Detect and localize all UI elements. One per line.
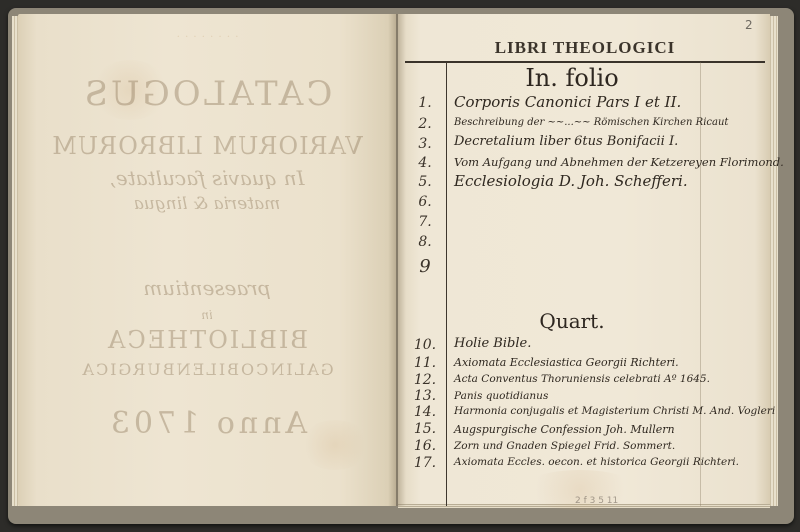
entry-text: Axiomata Ecclesiastica Georgii Richteri. [454,356,679,369]
bleed-line: GALINCOBILENBURGICA [18,360,396,379]
right-page-edges [770,16,778,506]
entry-number: 14. [410,404,440,420]
entry-number: 2. [410,116,440,132]
entry-text: Augspurgische Confession Joh. Mullern [454,423,675,436]
bleed-line: praesentium [18,276,396,300]
entry-text: Harmonia conjugalis et Magisterium Chris… [454,405,775,417]
entry-number: 6. [410,194,440,210]
entry-number: 17. [410,455,440,471]
entry-number: 8. [410,234,440,250]
entry-number: 11. [410,355,440,371]
entry-number: 9 [410,256,440,277]
entry-number: 12. [410,372,440,388]
entry-text: Zorn und Gnaden Spiegel Frid. Sommert. [454,440,675,452]
entry-number: 13. [410,388,440,404]
title-page-bleed-through: · · · · · · · · CATALOGUS VARIORUM LIBRO… [18,14,396,506]
entry-text: Decretalium liber 6tus Bonifacii I. [454,134,678,149]
bleed-line-catalogus: CATALOGUS [18,74,396,114]
entry-text: Panis quotidianus [454,390,548,402]
entry-number: 10. [410,337,440,353]
section-heading-quart: Quart. [447,309,697,333]
bleed-line-year: Anno 1703 [18,406,396,441]
number-column-rule [446,62,447,506]
page-number: 2 [745,18,753,32]
pencil-shelfmark: 2 f 3 5 11 [575,496,618,506]
entry-text: Vom Aufgang und Abnehmen der Ketzereyen … [454,155,784,169]
bleed-line: materia & lingua [18,194,396,214]
entry-text: Corporis Canonici Pars I et II. [454,93,681,111]
bleed-line: in [18,308,396,322]
entry-number: 16. [410,438,440,454]
entry-number: 5. [410,174,440,190]
entry-number: 1. [410,95,440,111]
entry-text: Ecclesiologia D. Joh. Schefferi. [454,172,688,190]
margin-rule [700,62,701,506]
section-heading-folio: In. folio [447,64,697,92]
entry-text: Acta Conventus Thoruniensis celebrati Aº… [454,373,710,385]
entry-text: Beschreibung der ~~...~~ Römischen Kirch… [454,117,728,128]
entry-text: Axiomata Eccles. oecon. et historica Geo… [454,456,739,468]
entry-number: 7. [410,214,440,230]
entry-number: 4. [410,155,440,171]
bleed-line-bibliotheca: BIBLIOTHECA [18,326,396,354]
entry-number: 15. [410,421,440,437]
entry-number: 3. [410,136,440,152]
page-header: LIBRI THEOLOGICI [405,38,765,58]
bleed-line: · · · · · · · · [18,32,396,43]
bleed-line: In quavis facultate, [18,166,396,190]
entry-text: Holie Bible. [454,336,531,351]
header-rule [405,61,765,63]
bleed-line-variorum: VARIORUM LIBRORUM [18,132,396,160]
